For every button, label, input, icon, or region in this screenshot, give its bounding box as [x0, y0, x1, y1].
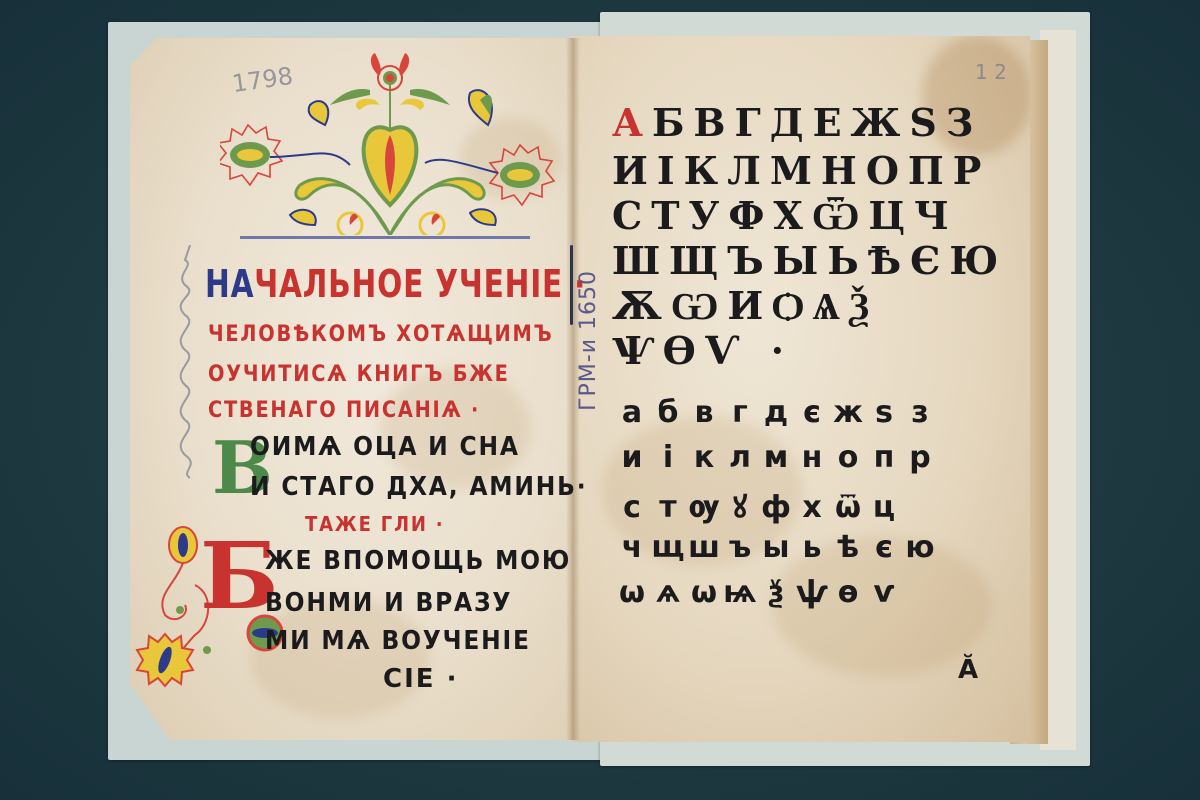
rubric-tazhe: ТАЖЕ ГЛИ · [305, 512, 444, 536]
letter: т [650, 490, 686, 525]
letter: и [614, 440, 650, 475]
headpiece-rule [240, 236, 530, 239]
uppercase-row-5: ѪѠИѺѦѮ [612, 283, 878, 329]
letter: ѡ [686, 575, 722, 610]
letter: є [866, 530, 902, 565]
letter: ы [758, 530, 794, 565]
body-line-5: МИ МѦ ВОУЧЕНІЕ [265, 626, 531, 656]
lowercase-row-5: ѡѧѡѩѯѱѳѵ [614, 575, 902, 610]
shelfmark-ink-note: ГРМ-и 1650 [576, 270, 601, 411]
letter: ь [794, 530, 830, 565]
letter: ѡ [614, 575, 650, 610]
uppercase-row-1: АБВГДЕЖЅЗ [612, 100, 982, 145]
letter: ѱ [794, 575, 830, 610]
letter: г [722, 395, 758, 430]
body-line-1: ОИМѦ ОЦА И СНА [250, 432, 520, 462]
letter: з [902, 395, 938, 430]
letter: ю [902, 530, 938, 565]
body-line-6: СІЕ · [383, 664, 458, 694]
uppercase-row-4: ШЩЪЫЬѢЄЮ [612, 238, 1007, 283]
letter: щ [650, 530, 686, 565]
uppercase-row-6: ѰѲѴ · [612, 328, 793, 373]
letter: ц [866, 490, 902, 525]
body-line-3: ЖЕ ВПОМОЩЬ МОЮ [265, 546, 571, 576]
letter: п [866, 440, 902, 475]
letter: і [650, 440, 686, 475]
letter: х [794, 490, 830, 525]
letter: ѯ [758, 575, 794, 610]
letter: ж [830, 395, 866, 430]
letter: в [686, 395, 722, 430]
letter: м [758, 440, 794, 475]
uppercase-row-1-text: БВГДЕЖЅЗ [652, 100, 982, 145]
title-line: НАЧАЛЬНОЕ УЧЕНІЕ · [205, 262, 586, 306]
letter: ѧ [650, 575, 686, 610]
letter: ѳ [830, 575, 866, 610]
letter: р [902, 440, 938, 475]
rubric-line-2: ОУЧИТИСѦ КНИГЪ БЖЕ [208, 362, 510, 387]
letter: о [830, 440, 866, 475]
letter: к [686, 440, 722, 475]
letter: д [758, 395, 794, 430]
lowercase-row-2: иіклмнопр [614, 440, 938, 475]
letter: б [650, 395, 686, 430]
letter: є [794, 395, 830, 430]
body-line-4: ВОНМИ И ВРАЗУ [265, 588, 512, 618]
letter: ѵ [866, 575, 902, 610]
letter: ѹ [686, 490, 722, 525]
title-initial: НА [205, 262, 254, 306]
lowercase-row-3: стѹꙋфхѿц [614, 485, 902, 526]
letter: ѕ [866, 395, 902, 430]
letter: ч [614, 530, 650, 565]
letter: ѣ [830, 530, 866, 565]
pencil-folio-number: 1 2 [975, 60, 1007, 84]
uppercase-row-3: СТУФХѾЦЧ [612, 193, 958, 239]
lowercase-row-4: чщшъыьѣєю [614, 530, 938, 565]
letter: ш [686, 530, 722, 565]
letter: с [614, 490, 650, 525]
letter: н [794, 440, 830, 475]
letter: ѿ [830, 490, 866, 525]
letter: ꙋ [722, 485, 758, 526]
lowercase-row-1: абвгдєжѕз [614, 395, 938, 430]
letter: ѩ [722, 575, 758, 610]
rubric-line-3: СТВЕНАГО ПИСАНІѦ · [208, 398, 480, 423]
title-rest: ЧАЛЬНОЕ УЧЕНІЕ · [254, 262, 586, 306]
quire-signature-mark: Ӑ [958, 655, 978, 685]
red-initial-a: А [612, 100, 652, 145]
rubric-line-1: ЧЕЛОВѢКОМЪ ХОТѦЩИМЪ [208, 322, 553, 347]
letter: л [722, 440, 758, 475]
body-line-2: И СТАГО ДХА, АМИНЬ· [250, 472, 587, 502]
uppercase-row-2: ИІКЛМНОПР [612, 148, 990, 193]
letter: ф [758, 490, 794, 525]
letter: ъ [722, 530, 758, 565]
pencil-scribble-icon [160, 240, 210, 480]
letter: а [614, 395, 650, 430]
